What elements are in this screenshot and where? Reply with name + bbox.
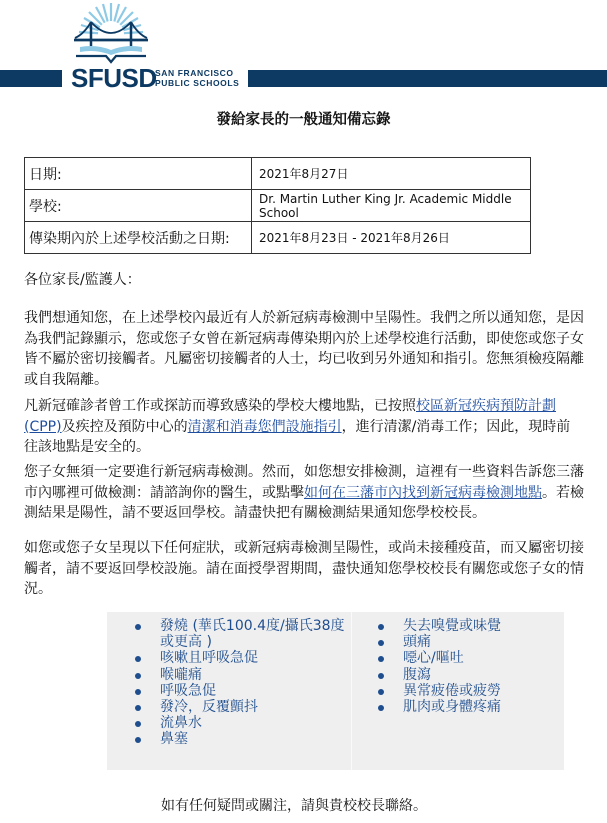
info-row-date: 日期: 2021年8月27日 xyxy=(25,158,531,190)
text: 及疾控及預防中心的 xyxy=(62,419,188,435)
greeting: 各位家長/監護人： xyxy=(24,270,584,291)
symptom-text: 噁心/嘔吐 xyxy=(403,650,464,666)
closing-note: 如有任何疑問或關注，請與貴校校長聯絡。 xyxy=(161,795,427,815)
cdc-cleaning-guidance-link[interactable]: 清潔和消毒您們設施指引 xyxy=(188,419,342,435)
symptoms-list-right: 失去嗅覺或味覺 頭痛 噁心/嘔吐 腹瀉 異常疲倦或疲勞 肌肉或身體疼痛 xyxy=(378,618,558,715)
bullet-icon xyxy=(378,656,384,662)
district-name: SAN FRANCISCO PUBLIC SCHOOLS xyxy=(155,69,239,88)
symptom-item: 呼吸急促 xyxy=(135,683,350,699)
symptom-item: 腹瀉 xyxy=(378,667,558,683)
info-label: 學校: xyxy=(25,190,252,222)
info-table: 日期: 2021年8月27日 學校: Dr. Martin Luther Kin… xyxy=(24,157,531,254)
paragraph-symptoms-instructions: 如您或您子女呈現以下任何症狀，或新冠病毒檢測呈陽性，或尚未接種疫苗，而又屬密切接… xyxy=(24,538,584,600)
sfusd-bridge-logo-icon xyxy=(70,0,152,66)
symptom-text: 發燒 (華氏100.4度/攝氏38度或更高 ) xyxy=(160,618,345,650)
info-row-exposure-dates: 傳染期內於上述學校活動之日期: 2021年8月23日 - 2021年8月26日 xyxy=(25,222,531,254)
symptom-text: 頭痛 xyxy=(403,634,431,650)
paragraph-cleaning: 凡新冠確診者曾工作或探訪而導致感染的學校大樓地點，已按照校區新冠疾病預防計劃(C… xyxy=(24,396,584,458)
header-bar-left xyxy=(0,70,62,87)
bullet-icon xyxy=(378,640,384,646)
letterhead: SFUSD SAN FRANCISCO PUBLIC SCHOOLS xyxy=(0,0,607,95)
symptom-item: 失去嗅覺或味覺 xyxy=(378,618,558,634)
symptom-item: 發燒 (華氏100.4度/攝氏38度或更高 ) xyxy=(135,618,350,650)
text: 凡新冠確診者曾工作或探訪而導致感染的學校大樓地點，已按照 xyxy=(24,398,416,414)
symptom-text: 肌肉或身體疼痛 xyxy=(403,699,501,715)
symptom-item: 咳嗽且呼吸急促 xyxy=(135,650,350,666)
symptom-text: 咳嗽且呼吸急促 xyxy=(160,650,258,666)
symptom-text: 喉嚨痛 xyxy=(160,667,202,683)
info-value: Dr. Martin Luther King Jr. Academic Midd… xyxy=(252,190,531,222)
info-value: 2021年8月27日 xyxy=(252,158,531,190)
symptoms-box: 發燒 (華氏100.4度/攝氏38度或更高 ) 咳嗽且呼吸急促 喉嚨痛 呼吸急促… xyxy=(107,612,564,770)
header-bar-right xyxy=(248,70,607,87)
symptom-text: 發冷，反覆顫抖 xyxy=(160,699,258,715)
district-name-line2: PUBLIC SCHOOLS xyxy=(155,79,239,89)
column-divider xyxy=(351,612,352,770)
bullet-icon xyxy=(378,689,384,695)
bullet-icon xyxy=(378,705,384,711)
symptoms-list-left: 發燒 (華氏100.4度/攝氏38度或更高 ) 咳嗽且呼吸急促 喉嚨痛 呼吸急促… xyxy=(135,618,350,748)
bullet-icon xyxy=(135,624,141,630)
bullet-icon xyxy=(135,673,141,679)
symptom-item: 異常疲倦或疲勞 xyxy=(378,683,558,699)
sfusd-wordmark: SFUSD xyxy=(71,64,157,92)
symptom-item: 流鼻水 xyxy=(135,715,350,731)
symptom-text: 流鼻水 xyxy=(160,715,202,731)
paragraph-testing: 您子女無須一定要進行新冠病毒檢測。然而，如您想安排檢測，這裡有一些資料告訴您三藩… xyxy=(24,462,584,524)
memo-title: 發給家長的一般通知備忘錄 xyxy=(0,108,607,129)
symptom-text: 異常疲倦或疲勞 xyxy=(403,683,501,699)
bullet-icon xyxy=(378,624,384,630)
testing-sites-link[interactable]: 如何在三藩市內找到新冠病毒檢測地點 xyxy=(304,485,542,501)
symptom-text: 呼吸急促 xyxy=(160,683,216,699)
symptom-item: 肌肉或身體疼痛 xyxy=(378,699,558,715)
symptom-text: 鼻塞 xyxy=(160,731,188,747)
info-label: 日期: xyxy=(25,158,252,190)
bullet-icon xyxy=(135,737,141,743)
paragraph-notice: 我們想通知您，在上述學校內最近有人於新冠病毒檢測中呈陽性。我們之所以通知您，是因… xyxy=(24,308,584,390)
symptom-item: 鼻塞 xyxy=(135,731,350,747)
bullet-icon xyxy=(135,689,141,695)
bullet-icon xyxy=(378,673,384,679)
symptom-item: 發冷，反覆顫抖 xyxy=(135,699,350,715)
symptom-item: 噁心/嘔吐 xyxy=(378,650,558,666)
bullet-icon xyxy=(135,656,141,662)
symptom-item: 頭痛 xyxy=(378,634,558,650)
info-label: 傳染期內於上述學校活動之日期: xyxy=(25,222,252,254)
info-value: 2021年8月23日 - 2021年8月26日 xyxy=(252,222,531,254)
symptom-text: 腹瀉 xyxy=(403,667,431,683)
info-row-school: 學校: Dr. Martin Luther King Jr. Academic … xyxy=(25,190,531,222)
bullet-icon xyxy=(135,705,141,711)
bullet-icon xyxy=(135,721,141,727)
symptom-item: 喉嚨痛 xyxy=(135,667,350,683)
symptom-text: 失去嗅覺或味覺 xyxy=(403,618,501,634)
